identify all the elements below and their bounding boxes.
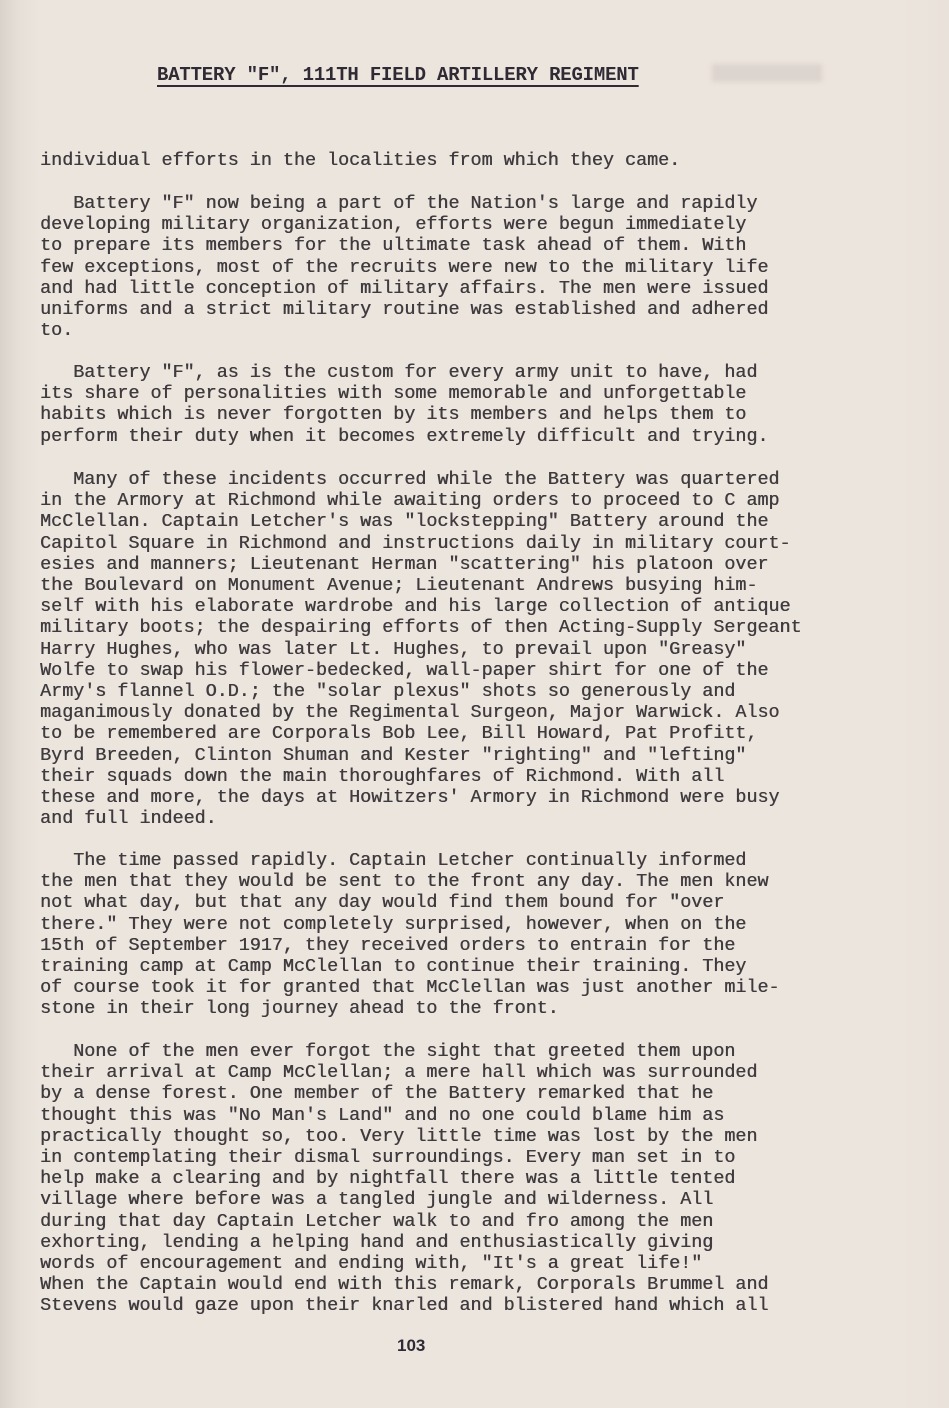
text-line: habits which is never forgotten by its m… bbox=[40, 404, 746, 425]
text-line: Army's flannel O.D.; the "solar plexus" … bbox=[40, 681, 735, 702]
text-line: of course took it for granted that McCle… bbox=[40, 977, 779, 998]
text-line: None of the men ever forgot the sight th… bbox=[40, 1041, 735, 1062]
text-line: training camp at Camp McClellan to conti… bbox=[40, 956, 746, 977]
text-line: during that day Captain Letcher walk to … bbox=[40, 1211, 713, 1232]
text-line: McClellan. Captain Letcher's was "lockst… bbox=[40, 511, 768, 532]
text-line: When the Captain would end with this rem… bbox=[40, 1274, 768, 1295]
text-line: Many of these incidents occurred while t… bbox=[40, 469, 779, 490]
text-line: self with his elaborate wardrobe and his… bbox=[40, 596, 790, 617]
text-line: their arrival at Camp McClellan; a mere … bbox=[40, 1062, 757, 1083]
text-line: military boots; the despairing efforts o… bbox=[40, 617, 802, 638]
text-line: esies and manners; Lieutenant Herman "sc… bbox=[40, 554, 768, 575]
text-line: village where before was a tangled jungl… bbox=[40, 1189, 713, 1210]
text-line: thought this was "No Man's Land" and no … bbox=[40, 1105, 724, 1126]
text-line: individual efforts in the localities fro… bbox=[40, 150, 680, 171]
text-line: exhorting, lending a helping hand and en… bbox=[40, 1232, 713, 1253]
text-line: its share of personalities with some mem… bbox=[40, 383, 746, 404]
text-line: the Boulevard on Monument Avenue; Lieute… bbox=[40, 575, 757, 596]
text-line: and full indeed. bbox=[40, 808, 217, 829]
text-line: 15th of September 1917, they received or… bbox=[40, 935, 735, 956]
text-line: by a dense forest. One member of the Bat… bbox=[40, 1083, 713, 1104]
text-line: help make a clearing and by nightfall th… bbox=[40, 1168, 735, 1189]
bleed-through-text bbox=[712, 64, 822, 82]
text-line: in contemplating their dismal surroundin… bbox=[40, 1147, 735, 1168]
text-line: maganimously donated by the Regimental S… bbox=[40, 702, 779, 723]
text-line: and had little conception of military af… bbox=[40, 278, 768, 299]
text-line: Battery "F" now being a part of the Nati… bbox=[40, 193, 757, 214]
text-line: Stevens would gaze upon their knarled an… bbox=[40, 1295, 768, 1316]
text-line: words of encouragement and ending with, … bbox=[40, 1253, 702, 1274]
text-line: uniforms and a strict military routine w… bbox=[40, 299, 768, 320]
text-line: stone in their long journey ahead to the… bbox=[40, 998, 559, 1019]
text-line: to. bbox=[40, 320, 73, 341]
page-number: 103 bbox=[397, 1336, 425, 1356]
text-line: practically thought so, too. Very little… bbox=[40, 1126, 757, 1147]
text-line: Byrd Breeden, Clinton Shuman and Kester … bbox=[40, 745, 746, 766]
text-line: these and more, the days at Howitzers' A… bbox=[40, 787, 779, 808]
text-line: Harry Hughes, who was later Lt. Hughes, … bbox=[40, 639, 746, 660]
text-line: Capitol Square in Richmond and instructi… bbox=[40, 533, 790, 554]
document-page: BATTERY "F", 111TH FIELD ARTILLERY REGIM… bbox=[0, 0, 949, 1408]
text-line: developing military organization, effort… bbox=[40, 214, 746, 235]
text-line: Battery "F", as is the custom for every … bbox=[40, 362, 757, 383]
text-line: there." They were not completely surpris… bbox=[40, 914, 746, 935]
text-line: The time passed rapidly. Captain Letcher… bbox=[40, 850, 746, 871]
text-line: perform their duty when it becomes extre… bbox=[40, 426, 768, 447]
text-line: few exceptions, most of the recruits wer… bbox=[40, 257, 768, 278]
text-line: to prepare its members for the ultimate … bbox=[40, 235, 746, 256]
text-line: the men that they would be sent to the f… bbox=[40, 871, 768, 892]
text-line: not what day, but that any day would fin… bbox=[40, 892, 724, 913]
text-line: Wolfe to swap his flower-bedecked, wall-… bbox=[40, 660, 768, 681]
text-line: in the Armory at Richmond while awaiting… bbox=[40, 490, 779, 511]
page-header: BATTERY "F", 111TH FIELD ARTILLERY REGIM… bbox=[157, 64, 639, 86]
text-line: to be remembered are Corporals Bob Lee, … bbox=[40, 723, 757, 744]
text-line: their squads down the main thoroughfares… bbox=[40, 766, 724, 787]
